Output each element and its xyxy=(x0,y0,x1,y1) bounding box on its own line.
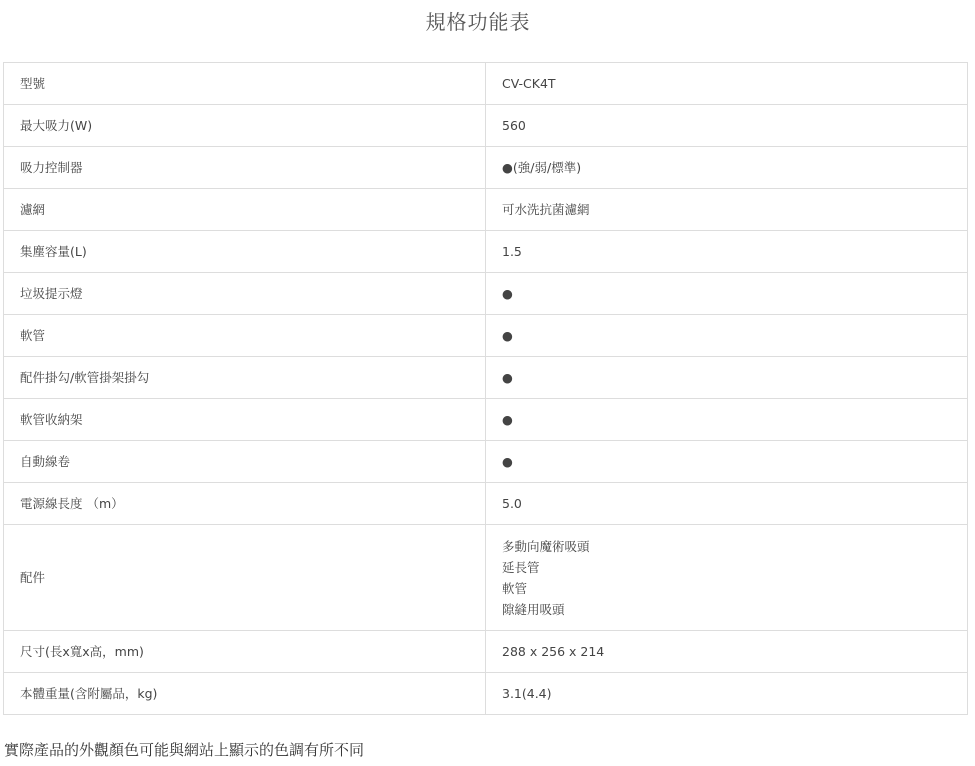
table-row-cord-reel: 自動線卷 ● xyxy=(4,441,968,483)
accessory-item: 延長管 xyxy=(502,557,951,578)
table-row-max-suction: 最大吸力(W) 560 xyxy=(4,105,968,147)
row-value: 1.5 xyxy=(486,231,968,273)
table-row-cord-length: 電源線長度 （m） 5.0 xyxy=(4,483,968,525)
row-label: 軟管 xyxy=(4,315,486,357)
accessory-item: 隙縫用吸頭 xyxy=(502,599,951,620)
table-row-dimensions: 尺寸(長x寬x高，mm) 288 x 256 x 214 xyxy=(4,631,968,673)
table-row-accessories: 配件 多動向魔術吸頭 延長管 軟管 隙縫用吸頭 xyxy=(4,525,968,631)
row-value: ● xyxy=(486,357,968,399)
row-label: 尺寸(長x寬x高，mm) xyxy=(4,631,486,673)
row-value: ● xyxy=(486,273,968,315)
row-value: 3.1(4.4) xyxy=(486,673,968,715)
row-value: ●(強/弱/標準) xyxy=(486,147,968,189)
row-label: 型號 xyxy=(4,63,486,105)
row-value: ● xyxy=(486,315,968,357)
accessory-item: 多動向魔術吸頭 xyxy=(502,536,951,557)
row-label: 集塵容量(L) xyxy=(4,231,486,273)
row-label: 濾網 xyxy=(4,189,486,231)
row-value: 可水洗抗菌濾網 xyxy=(486,189,968,231)
row-value: ● xyxy=(486,399,968,441)
table-row-weight: 本體重量(含附屬品，kg) 3.1(4.4) xyxy=(4,673,968,715)
row-value: ● xyxy=(486,441,968,483)
table-row-dust-capacity: 集塵容量(L) 1.5 xyxy=(4,231,968,273)
row-label: 最大吸力(W) xyxy=(4,105,486,147)
row-label: 垃圾提示燈 xyxy=(4,273,486,315)
row-label: 軟管收納架 xyxy=(4,399,486,441)
page-title: 規格功能表 xyxy=(0,8,956,36)
row-label: 電源線長度 （m） xyxy=(4,483,486,525)
table-row-suction-control: 吸力控制器 ●(強/弱/標準) xyxy=(4,147,968,189)
table-row-model: 型號 CV-CK4T xyxy=(4,63,968,105)
row-label: 自動線卷 xyxy=(4,441,486,483)
row-label: 配件掛勾/軟管掛架掛勾 xyxy=(4,357,486,399)
row-value: 560 xyxy=(486,105,968,147)
row-label: 本體重量(含附屬品，kg) xyxy=(4,673,486,715)
row-label: 吸力控制器 xyxy=(4,147,486,189)
table-row-filter: 濾網 可水洗抗菌濾網 xyxy=(4,189,968,231)
color-disclaimer: 實際產品的外觀顏色可能與網站上顯示的色調有所不同 xyxy=(4,740,364,760)
table-row-hose: 軟管 ● xyxy=(4,315,968,357)
table-row-hose-rack: 軟管收納架 ● xyxy=(4,399,968,441)
row-value: CV-CK4T xyxy=(486,63,968,105)
table-row-hooks: 配件掛勾/軟管掛架掛勾 ● xyxy=(4,357,968,399)
row-label: 配件 xyxy=(4,525,486,631)
table-row-dust-indicator: 垃圾提示燈 ● xyxy=(4,273,968,315)
row-value: 288 x 256 x 214 xyxy=(486,631,968,673)
spec-table: 型號 CV-CK4T 最大吸力(W) 560 吸力控制器 ●(強/弱/標準) 濾… xyxy=(3,62,968,715)
row-value-list: 多動向魔術吸頭 延長管 軟管 隙縫用吸頭 xyxy=(486,525,968,631)
accessory-item: 軟管 xyxy=(502,578,951,599)
row-value: 5.0 xyxy=(486,483,968,525)
